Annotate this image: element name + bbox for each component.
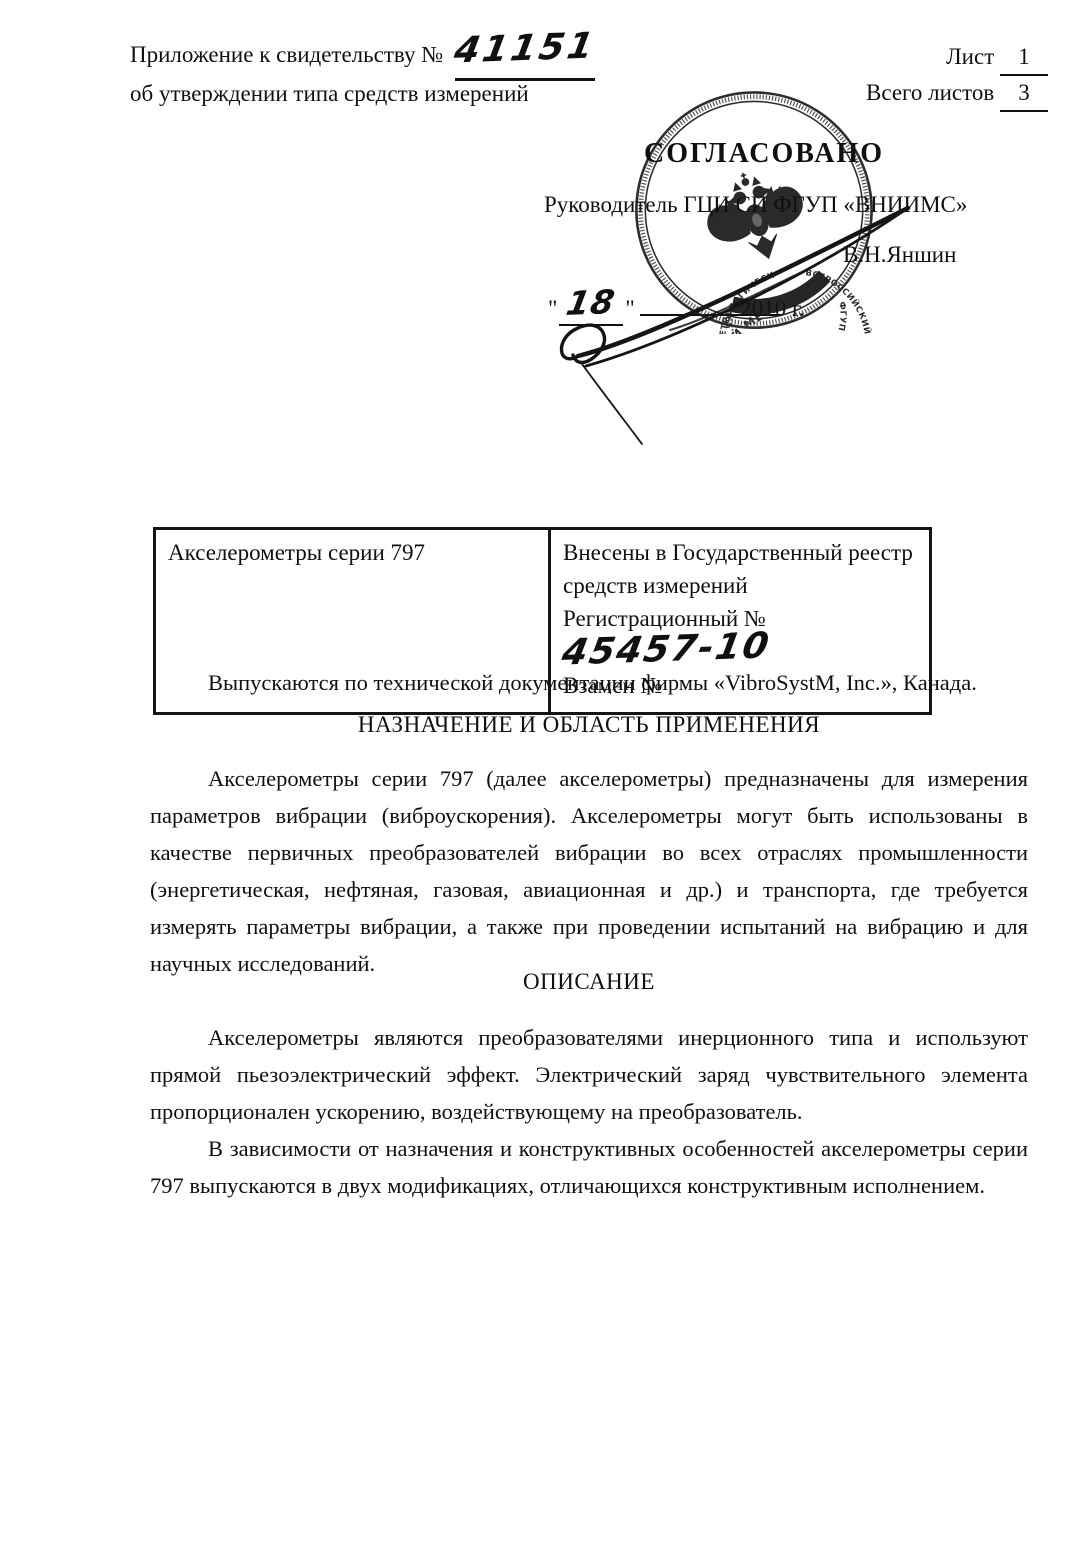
registration-number-handwritten: 45457-10	[560, 632, 773, 667]
paragraph: Акселерометры серии 797 (далее акселером…	[150, 760, 1028, 982]
appendix-label-line2: об утверждении типа средств измерений	[130, 77, 595, 111]
section-heading-description: ОПИСАНИЕ	[150, 969, 1028, 995]
registry-line1: Внесены в Государственный реестр	[563, 536, 917, 569]
paragraph: В зависимости от назначения и конструкти…	[150, 1130, 1028, 1204]
manufacture-note: Выпускаются по технической документации …	[150, 664, 1028, 701]
section-description-body: Акселерометры являются преобразователями…	[150, 1019, 1028, 1204]
registry-line2: средств измерений	[563, 569, 917, 602]
sheet-number: 1	[1000, 40, 1048, 76]
scanned-certificate-page: Приложение к свидетельству № 41151 об ут…	[0, 0, 1092, 1560]
certificate-number-handwritten: 41151	[451, 30, 598, 69]
total-sheets-number: 3	[1000, 76, 1048, 112]
sheet-label: Лист	[946, 44, 994, 69]
header-left: Приложение к свидетельству № 41151 об ут…	[130, 34, 595, 111]
paragraph: Акселерометры являются преобразователями…	[150, 1019, 1028, 1130]
certificate-number-blank: 41151	[455, 38, 595, 81]
total-sheets-label: Всего листов	[866, 80, 994, 105]
appendix-label: Приложение к свидетельству №	[130, 42, 443, 67]
header-right: Лист 1 Всего листов 3	[866, 40, 1048, 112]
handwritten-signature	[520, 180, 1020, 470]
section-heading-purpose: НАЗНАЧЕНИЕ И ОБЛАСТЬ ПРИМЕНЕНИЯ	[150, 712, 1028, 738]
manufacture-note-text: Выпускаются по технической документации …	[150, 664, 1028, 701]
agreed-label: СОГЛАСОВАНО	[644, 138, 884, 170]
section-purpose-body: Акселерометры серии 797 (далее акселером…	[150, 760, 1028, 982]
instrument-name: Акселерометры серии 797	[168, 540, 425, 565]
